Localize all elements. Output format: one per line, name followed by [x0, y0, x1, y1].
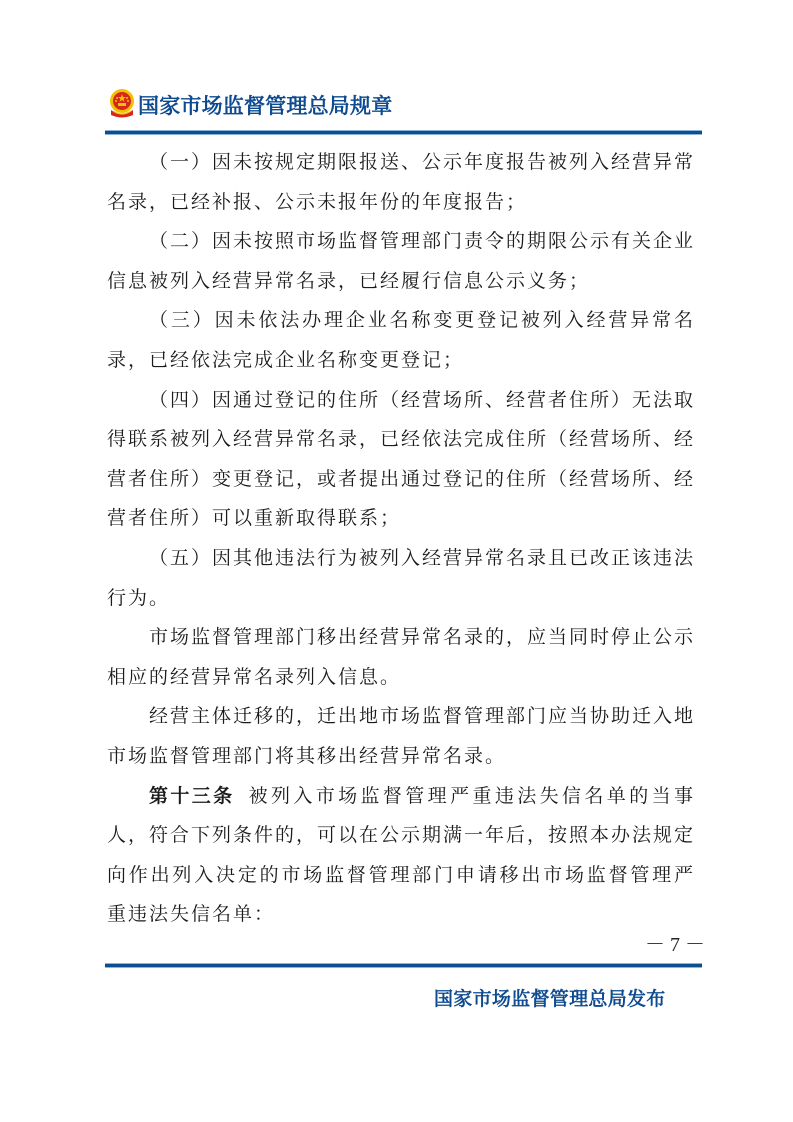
text-line: （五）因其他违法行为被列入经营异常名录且已改正该违法 [107, 539, 695, 579]
text-line: 重违法失信名单： [107, 895, 695, 935]
text-line-content: 被列入市场监督管理严重违法失信名单的当事 [249, 785, 695, 807]
text-line: 市场监督管理部门移出经营异常名录的，应当同时停止公示 [107, 618, 695, 658]
text-line: 经营主体迁移的，迁出地市场监督管理部门应当协助迁入地 [107, 697, 695, 737]
page-number: － 7 － [645, 928, 705, 957]
text-line: 名录，已经补报、公示未报年份的年度报告； [107, 183, 695, 223]
text-line: 向作出列入决定的市场监督管理部门申请移出市场监督管理严 [107, 856, 695, 896]
text-line: （二）因未按照市场监督管理部门责令的期限公示有关企业 [107, 222, 695, 262]
text-line: 营者住所）变更登记，或者提出通过登记的住所（经营场所、经 [107, 460, 695, 500]
footer-publisher: 国家市场监督管理总局发布 [434, 984, 666, 1011]
text-line: 得联系被列入经营异常名录，已经依法完成住所（经营场所、经 [107, 420, 695, 460]
text-line: 第十三条被列入市场监督管理严重违法失信名单的当事 [107, 777, 695, 817]
text-line: 相应的经营异常名录列入信息。 [107, 658, 695, 698]
text-line: 人，符合下列条件的，可以在公示期满一年后，按照本办法规定 [107, 816, 695, 856]
text-line: （三）因未依法办理企业名称变更登记被列入经营异常名 [107, 301, 695, 341]
header-title: 国家市场监督管理总局规章 [138, 90, 392, 120]
text-line: 营者住所）可以重新取得联系； [107, 499, 695, 539]
text-line: 市场监督管理部门将其移出经营异常名录。 [107, 737, 695, 777]
document-body: （一）因未按规定期限报送、公示年度报告被列入经营异常名录，已经补报、公示未报年份… [107, 143, 695, 935]
document-header: 国家市场监督管理总局规章 [105, 84, 702, 124]
footer-divider [105, 964, 702, 967]
article-number: 第十三条 [149, 785, 235, 807]
national-emblem-icon [107, 88, 137, 120]
text-line: （一）因未按规定期限报送、公示年度报告被列入经营异常 [107, 143, 695, 183]
header-divider [105, 131, 702, 134]
text-line: 行为。 [107, 579, 695, 619]
text-line: （四）因通过登记的住所（经营场所、经营者住所）无法取 [107, 381, 695, 421]
text-line: 信息被列入经营异常名录，已经履行信息公示义务； [107, 262, 695, 302]
text-line: 录，已经依法完成企业名称变更登记； [107, 341, 695, 381]
